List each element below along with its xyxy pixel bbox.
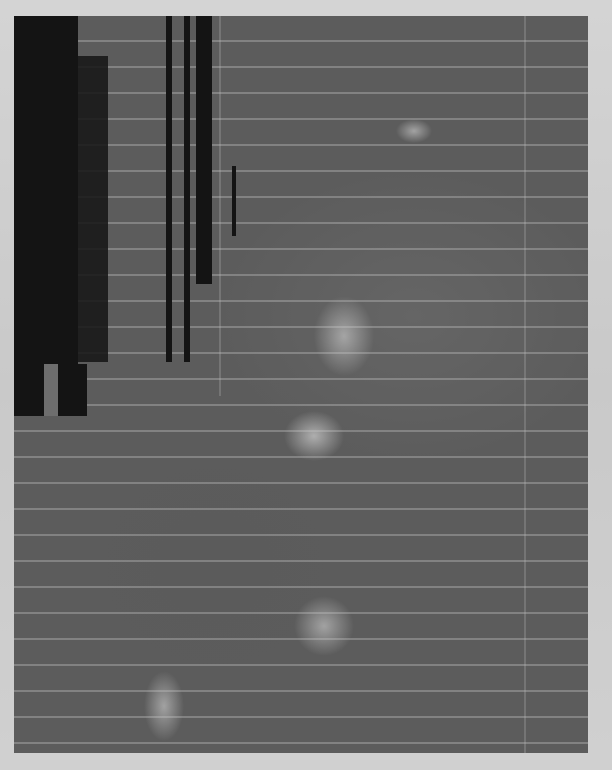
vertical-rule: [524, 16, 526, 753]
vertical-rule: [219, 16, 221, 396]
dark-stripe: [184, 16, 190, 362]
artwork-sheet: [14, 16, 588, 753]
dark-bar-mid: [196, 16, 212, 284]
dark-bar-left: [14, 16, 78, 416]
dark-bar-bottom: [31, 364, 87, 416]
dark-stripe: [166, 16, 172, 362]
dark-bar-left-secondary: [78, 56, 108, 362]
dark-stripe-short: [232, 166, 236, 236]
gray-patch: [44, 364, 58, 416]
